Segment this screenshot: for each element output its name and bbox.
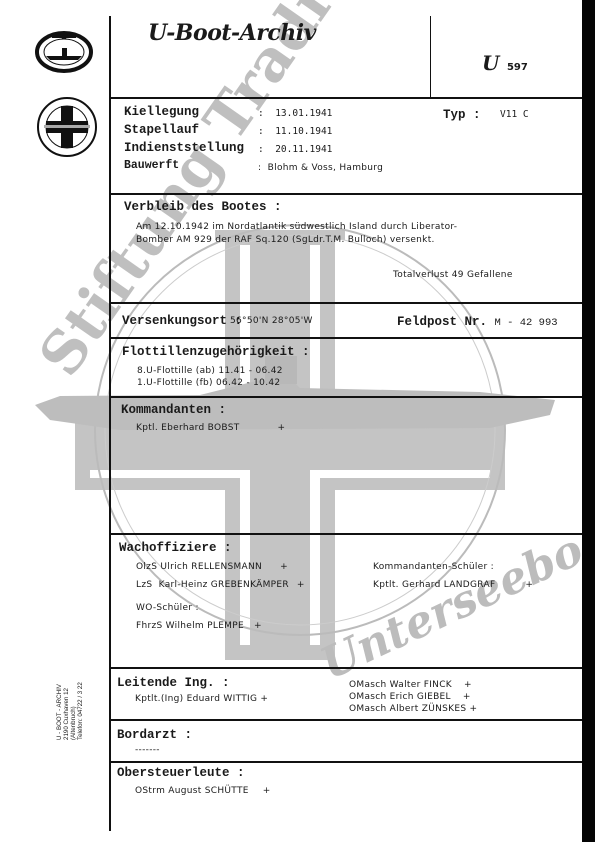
feldpost: Feldpost Nr. M - 42 993 bbox=[397, 315, 558, 329]
section-line bbox=[109, 719, 582, 721]
commanders-heading: Kommandanten : bbox=[121, 403, 226, 417]
label-stapellauf: Stapellauf bbox=[124, 123, 199, 137]
label-bauwerft: Bauwerft bbox=[124, 159, 179, 172]
boat-number-value: 597 bbox=[507, 62, 528, 73]
address-line: 2190 Cuxhaven 12 bbox=[63, 682, 70, 740]
left-frame-line bbox=[109, 16, 111, 831]
scan-edge bbox=[582, 0, 595, 842]
doctor-value: ------- bbox=[135, 745, 160, 755]
boat-prefix: U bbox=[482, 51, 499, 75]
section-line bbox=[109, 761, 582, 763]
header-divider-line bbox=[430, 16, 431, 98]
helmsmen-heading: Obersteuerleute : bbox=[117, 766, 245, 780]
archive-address: U - BOOT - ARCHIV 2190 Cuxhaven 12 (Alte… bbox=[56, 682, 84, 740]
sinking-label: Versenkungsort : bbox=[122, 314, 242, 328]
foundation-seal-icon bbox=[36, 96, 98, 158]
section-line bbox=[109, 533, 582, 535]
svg-text:Unterseeboote: Unterseeboote bbox=[313, 491, 595, 690]
flotilla-item: 1.U-Flottille (fb) 06.42 - 10.42 bbox=[137, 378, 280, 388]
watch-officers-heading: Wachoffiziere : bbox=[119, 541, 232, 555]
address-line: U - BOOT - ARCHIV bbox=[56, 682, 63, 740]
commander-trainee-heading: Kommandanten-Schüler : bbox=[373, 562, 494, 572]
header-bottom-line bbox=[109, 97, 582, 99]
wo-trainee-heading: WO-Schüler : bbox=[136, 603, 199, 613]
commander-trainee-item: Kptlt. Gerhard LANDGRAF+ bbox=[373, 580, 533, 590]
label-kiellegung: Kiellegung bbox=[124, 105, 199, 119]
helmsman-item: OStrm August SCHÜTTE+ bbox=[135, 786, 271, 796]
section-line bbox=[109, 302, 582, 304]
section-line bbox=[109, 396, 582, 398]
address-line: (Altenbruch) bbox=[70, 682, 77, 740]
commander-item: Kptl. Eberhard BOBST+ bbox=[136, 423, 285, 433]
engineers-heading: Leitende Ing. : bbox=[117, 676, 230, 690]
doctor-heading: Bordarzt : bbox=[117, 728, 192, 742]
engineer-item: Kptlt.(Ing) Eduard WITTIG + bbox=[135, 694, 268, 704]
flotilla-item: 8.U-Flottille (ab) 11.41 - 06.42 bbox=[137, 366, 283, 376]
type-label: Typ : bbox=[443, 108, 481, 122]
machinist-item: OMasch Erich GIEBEL+ bbox=[349, 692, 471, 702]
boat-number: U 597 bbox=[482, 51, 528, 75]
uboat-badge-icon bbox=[34, 30, 94, 74]
value-bauwerft: : Blohm & Voss, Hamburg bbox=[258, 163, 383, 173]
fate-heading: Verbleib des Bootes : bbox=[124, 200, 282, 214]
address-line: Telefon: 04722 / 3 22 bbox=[77, 682, 84, 740]
section-line bbox=[109, 667, 582, 669]
value-kiellegung: : 13.01.1941 bbox=[258, 108, 332, 119]
fate-line-2: Bomber AM 929 der RAF Sq.120 (SgLdr.T.M.… bbox=[136, 235, 435, 245]
section-line bbox=[109, 337, 582, 339]
archive-title: U-Boot-Archiv bbox=[148, 20, 316, 46]
machinist-item: OMasch Albert ZÜNSKES + bbox=[349, 704, 477, 714]
loss-count: Totalverlust 49 Gefallene bbox=[393, 270, 513, 280]
watch-officer-item: OlzS Ulrich RELLENSMANN+ bbox=[136, 562, 288, 572]
machinist-item: OMasch Walter FINCK+ bbox=[349, 680, 472, 690]
flotilla-heading: Flottillenzugehörigkeit : bbox=[122, 345, 310, 359]
sinking-position: 56°50'N 28°05'W bbox=[230, 316, 313, 326]
section-line bbox=[109, 193, 582, 195]
type-value: V11 C bbox=[500, 109, 529, 120]
value-indienststellung: : 20.11.1941 bbox=[258, 144, 332, 155]
value-stapellauf: : 11.10.1941 bbox=[258, 126, 332, 137]
label-indienststellung: Indienststellung bbox=[124, 141, 244, 155]
fate-line-1: Am 12.10.1942 im Nordatlantik südwestlic… bbox=[136, 222, 457, 232]
watch-officer-item: LzS Karl-Heinz GREBENKÄMPER+ bbox=[136, 580, 305, 590]
wo-trainee-item: FhrzS Wilhelm PLEMPE+ bbox=[136, 621, 262, 631]
